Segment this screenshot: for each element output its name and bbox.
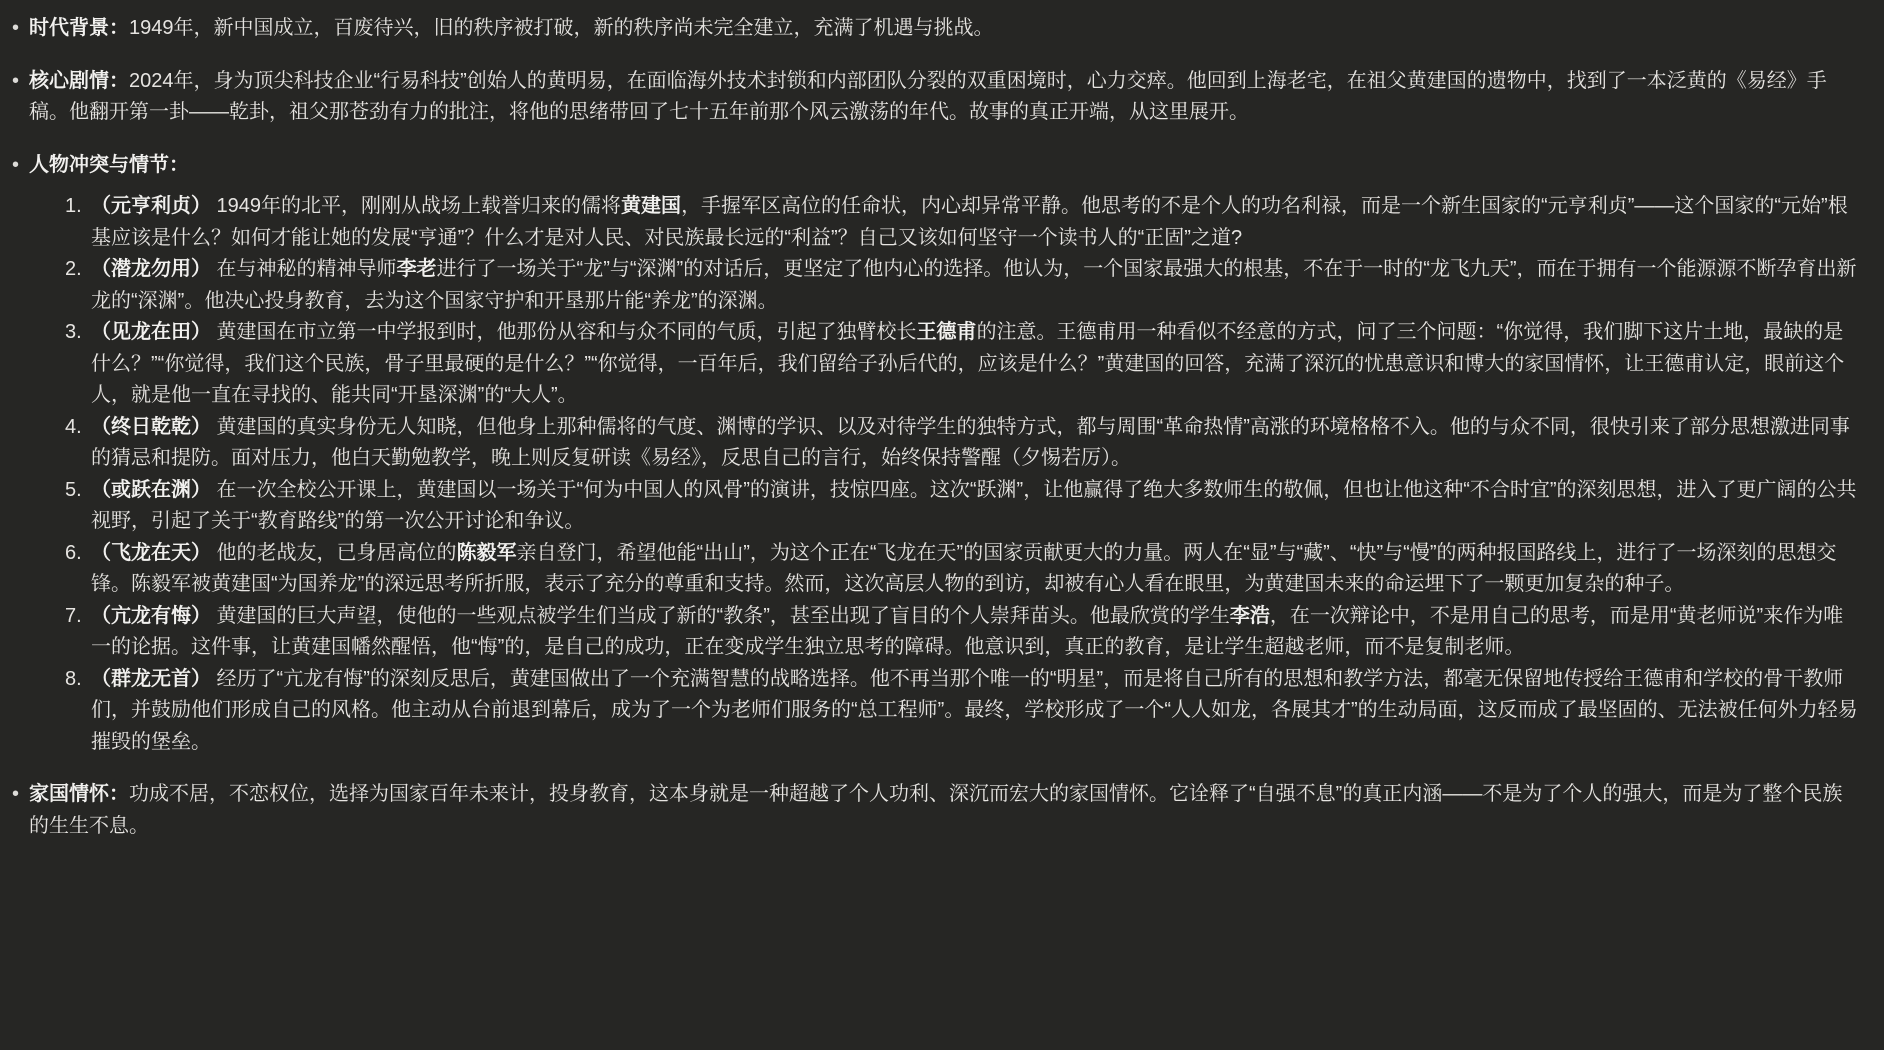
bullet-item-core-plot: • 核心剧情：2024年，身为顶尖科技企业“行易科技”创始人的黄明易，在面临海外… (12, 66, 1860, 129)
era-background-paragraph: 时代背景：1949年，新中国成立，百废待兴，旧的秩序被打破，新的秩序尚未完全建立… (29, 13, 1860, 45)
patriotism-text: 功成不居，不恋权位，选择为国家百年未来计，投身教育，这本身就是一种超越了个人功利… (29, 783, 1842, 837)
conflicts-section: 人物冲突与情节： 1. （元亨利贞） 1949年的北平，刚刚从战场上载誉归来的儒… (29, 150, 1860, 759)
conflicts-heading: 人物冲突与情节： (29, 150, 1860, 182)
list-number: 5. (65, 475, 91, 507)
plot-ordered-list: 1. （元亨利贞） 1949年的北平，刚刚从战场上载誉归来的儒将黄建国，手握军区… (65, 191, 1860, 758)
list-number: 2. (65, 254, 91, 286)
plot-item-7: 7. （亢龙有悔） 黄建国的巨大声望，使他的一些观点被学生们当成了新的“教条”，… (65, 601, 1860, 664)
plot-item-8: 8. （群龙无首） 经历了“亢龙有悔”的深刻反思后，黄建国做出了一个充满智慧的战… (65, 664, 1860, 759)
bullet-item-conflicts: • 人物冲突与情节： 1. （元亨利贞） 1949年的北平，刚刚从战场上载誉归来… (12, 150, 1860, 759)
plot-item-4: 4. （终日乾乾） 黄建国的真实身份无人知晓，但他身上那种儒将的气度、渊博的学识… (65, 412, 1860, 475)
plot-item-2: 2. （潜龙勿用） 在与神秘的精神导师李老进行了一场关于“龙”与“深渊”的对话后… (65, 254, 1860, 317)
list-number: 8. (65, 664, 91, 696)
plot-item-5: 5. （或跃在渊） 在一次全校公开课上，黄建国以一场关于“何为中国人的风骨”的演… (65, 475, 1860, 538)
list-number: 3. (65, 317, 91, 349)
bullet-icon: • (12, 13, 29, 45)
core-plot-paragraph: 核心剧情：2024年，身为顶尖科技企业“行易科技”创始人的黄明易，在面临海外技术… (29, 66, 1860, 129)
bullet-icon: • (12, 66, 29, 98)
bullet-icon: • (12, 779, 29, 811)
bullet-item-era-background: • 时代背景：1949年，新中国成立，百废待兴，旧的秩序被打破，新的秩序尚未完全… (12, 13, 1860, 45)
bullet-label: 核心剧情： (29, 70, 129, 92)
plot-item-text: （亢龙有悔） 黄建国的巨大声望，使他的一些观点被学生们当成了新的“教条”，甚至出… (91, 601, 1860, 664)
list-number: 1. (65, 191, 91, 223)
list-number: 7. (65, 601, 91, 633)
bullet-label: 家国情怀： (29, 783, 129, 805)
plot-item-text: （群龙无首） 经历了“亢龙有悔”的深刻反思后，黄建国做出了一个充满智慧的战略选择… (91, 664, 1860, 759)
patriotism-paragraph: 家国情怀：功成不居，不恋权位，选择为国家百年未来计，投身教育，这本身就是一种超越… (29, 779, 1860, 842)
plot-item-text: （潜龙勿用） 在与神秘的精神导师李老进行了一场关于“龙”与“深渊”的对话后，更坚… (91, 254, 1860, 317)
document-page: { "ui": { "bullet_marker": "•", "backgro… (0, 0, 1884, 1050)
plot-item-text: （终日乾乾） 黄建国的真实身份无人知晓，但他身上那种儒将的气度、渊博的学识、以及… (91, 412, 1860, 475)
bullet-label: 人物冲突与情节： (29, 154, 189, 176)
core-plot-text: 2024年，身为顶尖科技企业“行易科技”创始人的黄明易，在面临海外技术封锁和内部… (29, 70, 1827, 124)
story-outline-document: • 时代背景：1949年，新中国成立，百废待兴，旧的秩序被打破，新的秩序尚未完全… (12, 13, 1860, 842)
plot-item-text: （见龙在田） 黄建国在市立第一中学报到时，他那份从容和与众不同的气质，引起了独臂… (91, 317, 1860, 412)
list-number: 6. (65, 538, 91, 570)
plot-item-6: 6. （飞龙在天） 他的老战友，已身居高位的陈毅军亲自登门，希望他能“出山”，为… (65, 538, 1860, 601)
plot-item-1: 1. （元亨利贞） 1949年的北平，刚刚从战场上载誉归来的儒将黄建国，手握军区… (65, 191, 1860, 254)
bullet-item-patriotism: • 家国情怀：功成不居，不恋权位，选择为国家百年未来计，投身教育，这本身就是一种… (12, 779, 1860, 842)
era-background-text: 1949年，新中国成立，百废待兴，旧的秩序被打破，新的秩序尚未完全建立，充满了机… (129, 17, 994, 39)
bullet-label: 时代背景： (29, 17, 129, 39)
list-number: 4. (65, 412, 91, 444)
plot-item-text: （飞龙在天） 他的老战友，已身居高位的陈毅军亲自登门，希望他能“出山”，为这个正… (91, 538, 1860, 601)
plot-item-text: （元亨利贞） 1949年的北平，刚刚从战场上载誉归来的儒将黄建国，手握军区高位的… (91, 191, 1860, 254)
plot-item-3: 3. （见龙在田） 黄建国在市立第一中学报到时，他那份从容和与众不同的气质，引起… (65, 317, 1860, 412)
plot-item-text: （或跃在渊） 在一次全校公开课上，黄建国以一场关于“何为中国人的风骨”的演讲，技… (91, 475, 1860, 538)
bullet-icon: • (12, 150, 29, 182)
